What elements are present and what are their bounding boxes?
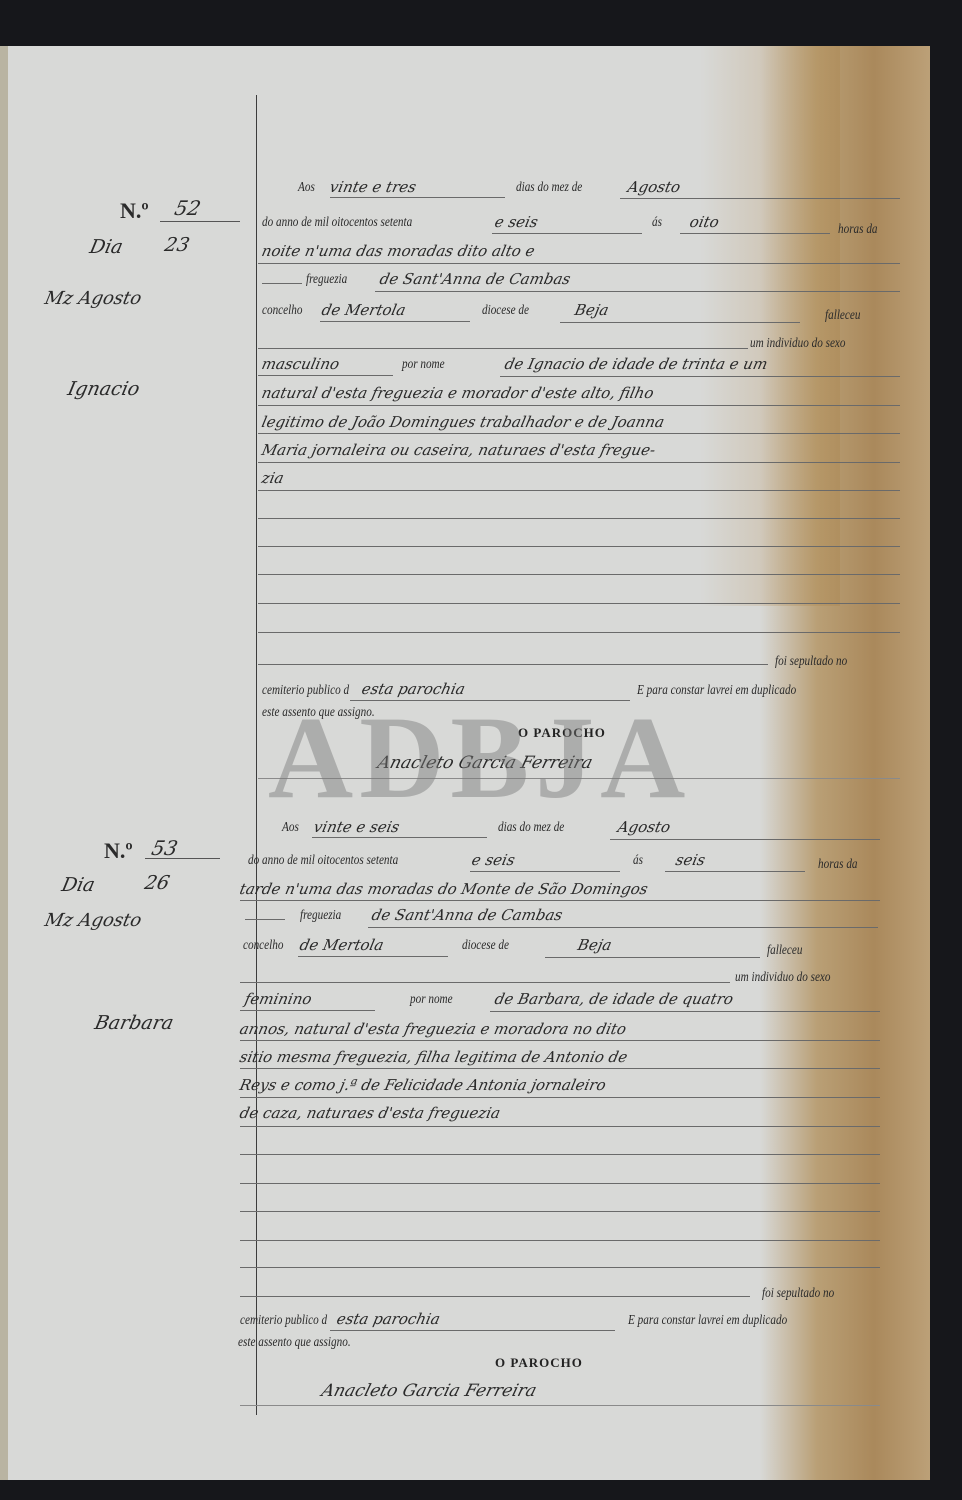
label-diocese: diocese de (462, 938, 509, 954)
label-freguezia: freguezia (300, 908, 341, 924)
field-year: e seis (470, 851, 517, 869)
label-falleceu: falleceu (825, 308, 860, 324)
label-diocese: diocese de (482, 303, 529, 319)
page-edge-background (930, 46, 962, 1480)
field-cemetery: esta parochia (335, 1310, 442, 1328)
label-aos: Aos (298, 180, 315, 196)
field-diocese: Beja (573, 301, 610, 319)
label-por-nome: por nome (410, 992, 453, 1008)
field-place: tarde n'uma das moradas do Monte de São … (238, 880, 649, 898)
margin-day: 23 (163, 234, 192, 256)
field-year: e seis (493, 213, 540, 231)
label-as: ás (652, 215, 662, 231)
field-parish: de Sant'Anna de Cambas (370, 906, 564, 924)
body-line: Maria jornaleira ou caseira, naturaes d'… (260, 441, 657, 459)
field-day: vinte e tres (328, 178, 418, 196)
body-line: sitio mesma freguezia, filha legitima de… (238, 1048, 629, 1066)
field-sex: masculino (260, 355, 341, 373)
margin-month: Mz Agosto (43, 288, 144, 309)
field-hour: seis (674, 851, 707, 869)
label-horas-da: horas da (838, 222, 878, 238)
label-por-nome: por nome (402, 357, 445, 373)
label-foi-sepultado: foi sepultado no (762, 1286, 834, 1302)
field-county: de Mertola (298, 936, 385, 954)
body-line: annos, natural d'esta freguezia e morado… (238, 1020, 628, 1038)
label-falleceu: falleceu (767, 943, 802, 959)
field-place: noite n'uma das moradas dito alto e (260, 242, 536, 260)
field-county: de Mertola (320, 301, 407, 319)
label-foi-sepultado: foi sepultado no (775, 654, 847, 670)
label-do-anno: do anno de mil oitocentos setenta (248, 853, 398, 869)
label-e-para-constar: E para constar lavrei em duplicado (628, 1313, 787, 1329)
margin-day: 26 (143, 872, 172, 894)
margin-name: Barbara (93, 1012, 176, 1034)
entry-number-label: N.º (120, 198, 149, 224)
body-line: zia (260, 469, 285, 487)
archive-watermark: ADBJA (268, 690, 691, 826)
field-name: de Barbara, de idade de quatro (493, 990, 735, 1008)
margin-month: Mz Agosto (43, 910, 144, 931)
field-hour: oito (688, 213, 721, 231)
label-este-assento: este assento que assigno. (238, 1335, 351, 1351)
parocho-label: O PAROCHO (495, 1355, 583, 1371)
label-do-anno: do anno de mil oitocentos setenta (262, 215, 412, 231)
entry-number: 53 (149, 836, 180, 860)
field-month: Agosto (626, 178, 682, 196)
label-concelho: concelho (262, 303, 302, 319)
label-dias-do-mez: dias do mez de (516, 180, 582, 196)
field-sex: feminino (243, 990, 313, 1008)
entry-number: 52 (172, 196, 203, 220)
label-concelho: concelho (243, 938, 283, 954)
signature: Anacleto Garcia Ferreira (319, 1381, 538, 1401)
field-name: de Ignacio de idade de trinta e um (503, 355, 769, 373)
label-horas-da: horas da (818, 857, 858, 873)
body-line: de caza, naturaes d'esta freguezia (238, 1104, 502, 1122)
field-parish: de Sant'Anna de Cambas (378, 270, 572, 288)
label-cemiterio: cemiterio publico d (240, 1313, 327, 1329)
label-as: ás (633, 853, 643, 869)
label-um-individuo: um individuo do sexo (750, 336, 846, 352)
body-line: legitimo de João Domingues trabalhador e… (260, 413, 666, 431)
body-line: Reys e como j.ª de Felicidade Antonia jo… (238, 1076, 607, 1094)
margin-name: Ignacio (66, 378, 142, 400)
water-stain-edge (760, 46, 950, 1480)
label-freguezia: freguezia (306, 272, 347, 288)
label-um-individuo: um individuo do sexo (735, 970, 831, 986)
margin-divider (256, 95, 257, 1415)
body-line: natural d'esta freguezia e morador d'est… (260, 384, 655, 402)
entry-number-label: N.º (104, 838, 133, 864)
margin-day-label: Dia (88, 236, 125, 258)
margin-day-label: Dia (60, 874, 97, 896)
field-diocese: Beja (576, 936, 613, 954)
